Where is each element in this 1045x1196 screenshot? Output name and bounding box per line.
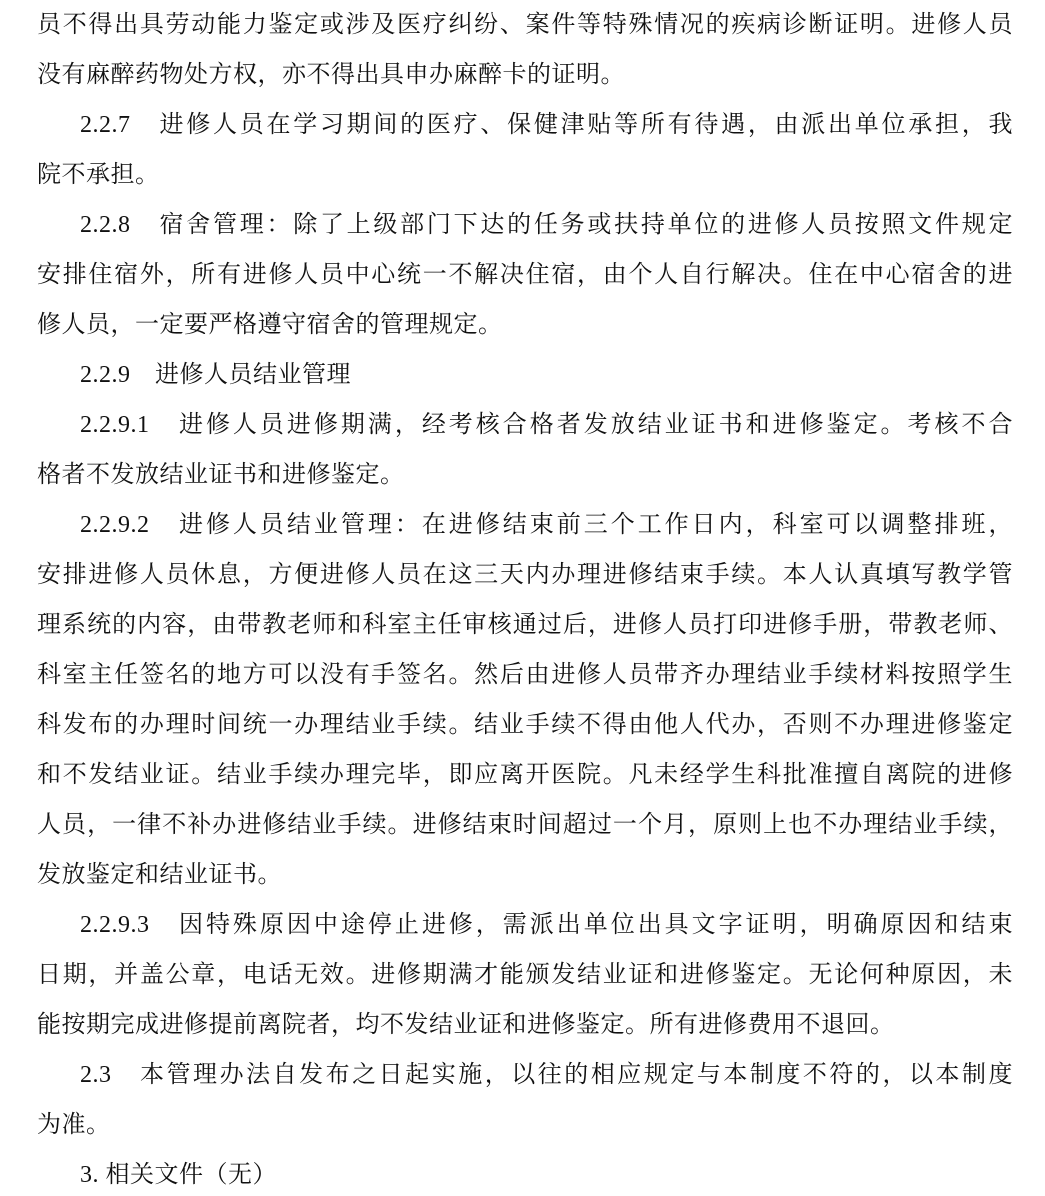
text-line-section-2-2-9-1: 2.2.9.1 进修人员进修期满，经考核合格者发放结业证书和进修鉴定。考核不合 (37, 400, 1013, 450)
text-line: 日期，并盖公章，电话无效。进修期满才能颁发结业证和进修鉴定。无论何种原因，未 (37, 950, 1013, 1000)
text-line: 修人员，一定要严格遵守宿舍的管理规定。 (37, 300, 1013, 350)
text-line: 院不承担。 (37, 150, 1013, 200)
text-line-section-2-2-7: 2.2.7 进修人员在学习期间的医疗、保健津贴等所有待遇，由派出单位承担，我 (37, 100, 1013, 150)
text-line: 为准。 (37, 1100, 1013, 1150)
text-line-section-2-2-9-2: 2.2.9.2 进修人员结业管理：在进修结束前三个工作日内，科室可以调整排班， (37, 500, 1013, 550)
text-line: 和不发结业证。结业手续办理完毕，即应离开医院。凡未经学生科批准擅自离院的进修 (37, 750, 1013, 800)
text-line: 理系统的内容，由带教老师和科室主任审核通过后，进修人员打印进修手册，带教老师、 (37, 600, 1013, 650)
document-page: 员不得出具劳动能力鉴定或涉及医疗纠纷、案件等特殊情况的疾病诊断证明。进修人员 没… (0, 0, 1045, 1196)
text-line-section-2-2-8: 2.2.8 宿舍管理：除了上级部门下达的任务或扶持单位的进修人员按照文件规定 (37, 200, 1013, 250)
text-line: 能按期完成进修提前离院者，均不发结业证和进修鉴定。所有进修费用不退回。 (37, 1000, 1013, 1050)
text-line-section-2-2-9: 2.2.9 进修人员结业管理 (37, 350, 1013, 400)
text-line: 格者不发放结业证书和进修鉴定。 (37, 450, 1013, 500)
text-line: 人员，一律不补办进修结业手续。进修结束时间超过一个月，原则上也不办理结业手续， (37, 800, 1013, 850)
text-line: 安排住宿外，所有进修人员中心统一不解决住宿，由个人自行解决。住在中心宿舍的进 (37, 250, 1013, 300)
text-line: 没有麻醉药物处方权，亦不得出具申办麻醉卡的证明。 (37, 50, 1013, 100)
text-line: 发放鉴定和结业证书。 (37, 850, 1013, 900)
text-line: 科发布的办理时间统一办理结业手续。结业手续不得由他人代办，否则不办理进修鉴定 (37, 700, 1013, 750)
text-line-section-2-2-9-3: 2.2.9.3 因特殊原因中途停止进修，需派出单位出具文字证明，明确原因和结束 (37, 900, 1013, 950)
text-line-section-3: 3. 相关文件（无） (37, 1150, 1013, 1196)
text-line: 科室主任签名的地方可以没有手签名。然后由进修人员带齐办理结业手续材料按照学生 (37, 650, 1013, 700)
text-line-section-2-3: 2.3 本管理办法自发布之日起实施，以往的相应规定与本制度不符的，以本制度 (37, 1050, 1013, 1100)
text-line: 安排进修人员休息，方便进修人员在这三天内办理进修结束手续。本人认真填写教学管 (37, 550, 1013, 600)
text-line: 员不得出具劳动能力鉴定或涉及医疗纠纷、案件等特殊情况的疾病诊断证明。进修人员 (37, 0, 1013, 50)
document-text-block: 员不得出具劳动能力鉴定或涉及医疗纠纷、案件等特殊情况的疾病诊断证明。进修人员 没… (37, 0, 1013, 1196)
